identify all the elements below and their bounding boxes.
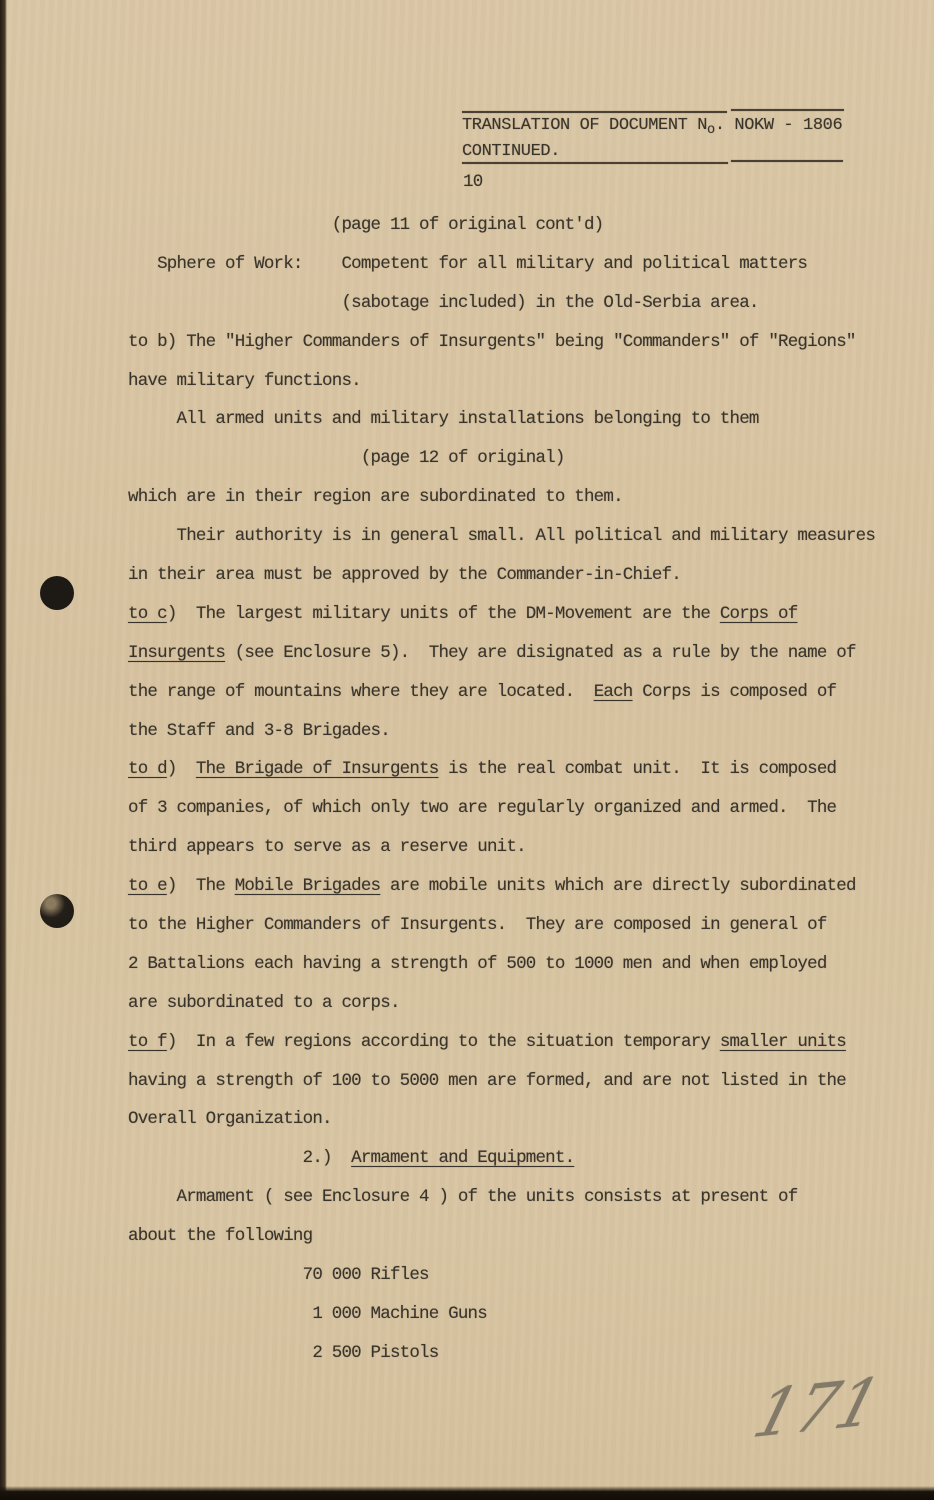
text-segment: Armament and Equipment. [351, 1148, 574, 1168]
text-segment: Each [594, 682, 633, 702]
text-segment: having a strength of 100 to 5000 men are… [128, 1071, 846, 1091]
text-segment: in their area must be approved by the Co… [128, 565, 681, 585]
text-line: Overall Organization. [128, 1100, 875, 1139]
text-line: the range of mountains where they are lo… [128, 673, 875, 712]
text-segment: All armed units and military installatio… [128, 409, 759, 429]
text-segment: have military functions. [128, 371, 361, 391]
text-segment: TRANSLATION OF DOCUMENT N [462, 116, 707, 135]
document-body: (page 11 of original cont'd) Sphere of W… [128, 206, 875, 1373]
text-segment: to e [128, 876, 167, 896]
text-segment: (page 11 of original cont'd) [128, 215, 603, 235]
text-segment: is the real combat unit. It is composed [438, 759, 836, 779]
hole-punch-bottom [40, 894, 74, 928]
text-segment: (see Enclosure 5). They are disignated a… [225, 643, 856, 663]
text-line: (page 11 of original cont'd) [128, 206, 875, 245]
text-segment: Overall Organization. [128, 1109, 332, 1129]
text-line: in their area must be approved by the Co… [128, 556, 875, 595]
header-rule-top-right [731, 109, 844, 111]
text-segment: Armament ( see Enclosure 4 ) of the unit… [128, 1187, 797, 1207]
text-line: have military functions. [128, 362, 875, 401]
text-segment: 1 000 Machine Guns [128, 1304, 487, 1324]
text-segment: NOKW - 1806 [734, 116, 842, 135]
text-line: to f) In a few regions according to the … [128, 1023, 875, 1062]
text-line: (sabotage included) in the Old-Serbia ar… [128, 284, 875, 323]
text-line: 2.) Armament and Equipment. [128, 1139, 875, 1178]
text-line: 2 500 Pistols [128, 1334, 875, 1373]
text-line: All armed units and military installatio… [128, 400, 875, 439]
text-segment: of 3 companies, of which only two are re… [128, 798, 836, 818]
text-segment: smaller units [720, 1032, 846, 1052]
text-segment: o [707, 123, 715, 138]
text-line: third appears to serve as a reserve unit… [128, 828, 875, 867]
scan-edge-left [0, 0, 7, 1500]
scan-edge-bottom [0, 1486, 934, 1500]
text-line: to d) The Brigade of Insurgents is the r… [128, 750, 875, 789]
text-line: (page 12 of original) [128, 439, 875, 478]
text-line: about the following [128, 1217, 875, 1256]
text-segment: about the following [128, 1226, 312, 1246]
text-line: 70 000 Rifles [128, 1256, 875, 1295]
text-line: Their authority is in general small. All… [128, 517, 875, 556]
text-segment: are mobile units which are directly subo… [380, 876, 855, 896]
text-line: 1 000 Machine Guns [128, 1295, 875, 1334]
text-line: Armament ( see Enclosure 4 ) of the unit… [128, 1178, 875, 1217]
text-line: to the Higher Commanders of Insurgents. … [128, 906, 875, 945]
text-segment: (page 12 of original) [128, 448, 565, 468]
text-segment: ) The largest military units of the DM-M… [167, 604, 720, 624]
typed-page-number: 10 [463, 172, 482, 192]
text-line: Insurgents (see Enclosure 5). They are d… [128, 634, 875, 673]
header-title-line: TRANSLATION OF DOCUMENT No. NOKW - 1806 [462, 116, 842, 138]
header-continued-line: CONTINUED. [462, 142, 560, 161]
text-line: Sphere of Work: Competent for all milita… [128, 245, 875, 284]
text-segment: Corps of [720, 604, 798, 624]
text-segment: Insurgents [128, 643, 225, 663]
text-segment: to d [128, 759, 167, 779]
text-line: 2 Battalions each having a strength of 5… [128, 945, 875, 984]
text-line: the Staff and 3-8 Brigades. [128, 712, 875, 751]
text-segment: Sphere of Work: Competent for all milita… [128, 254, 807, 274]
hole-punch-top [40, 576, 74, 610]
text-segment: third appears to serve as a reserve unit… [128, 837, 526, 857]
text-segment: are subordinated to a corps. [128, 993, 400, 1013]
text-line: of 3 companies, of which only two are re… [128, 789, 875, 828]
text-segment: 2 500 Pistols [128, 1343, 438, 1363]
text-segment: CONTINUED. [462, 142, 560, 161]
text-segment: ) The [167, 876, 235, 896]
text-segment: . [715, 116, 735, 135]
text-segment: 70 000 Rifles [128, 1265, 429, 1285]
scanned-document-page: TRANSLATION OF DOCUMENT No. NOKW - 1806 … [0, 0, 934, 1500]
handwritten-page-number: 171 [745, 1364, 888, 1453]
header-rule-top-left [462, 111, 727, 113]
text-segment: (sabotage included) in the Old-Serbia ar… [128, 293, 759, 313]
text-line: to b) The "Higher Commanders of Insurgen… [128, 323, 875, 362]
text-segment: Corps is composed of [633, 682, 837, 702]
text-segment: to the Higher Commanders of Insurgents. … [128, 915, 827, 935]
text-segment: to f [128, 1032, 167, 1052]
text-segment: the Staff and 3-8 Brigades. [128, 721, 390, 741]
text-segment: ) [167, 759, 196, 779]
text-segment: 2.) [128, 1148, 351, 1168]
text-segment: ) In a few regions according to the situ… [167, 1032, 720, 1052]
text-segment: Mobile Brigades [235, 876, 381, 896]
text-segment: 2 Battalions each having a strength of 5… [128, 954, 827, 974]
text-segment: to b) The "Higher Commanders of Insurgen… [128, 332, 856, 352]
text-segment: the range of mountains where they are lo… [128, 682, 594, 702]
text-segment: to c [128, 604, 167, 624]
text-line: are subordinated to a corps. [128, 984, 875, 1023]
text-line: to c) The largest military units of the … [128, 595, 875, 634]
text-segment: The Brigade of Insurgents [196, 759, 439, 779]
text-line: which are in their region are subordinat… [128, 478, 875, 517]
text-segment: which are in their region are subordinat… [128, 487, 623, 507]
text-line: to e) The Mobile Brigades are mobile uni… [128, 867, 875, 906]
header-rule-bottom-right [731, 160, 843, 162]
header-rule-bottom-left [462, 162, 728, 164]
text-segment: Their authority is in general small. All… [128, 526, 875, 546]
text-line: having a strength of 100 to 5000 men are… [128, 1062, 875, 1101]
